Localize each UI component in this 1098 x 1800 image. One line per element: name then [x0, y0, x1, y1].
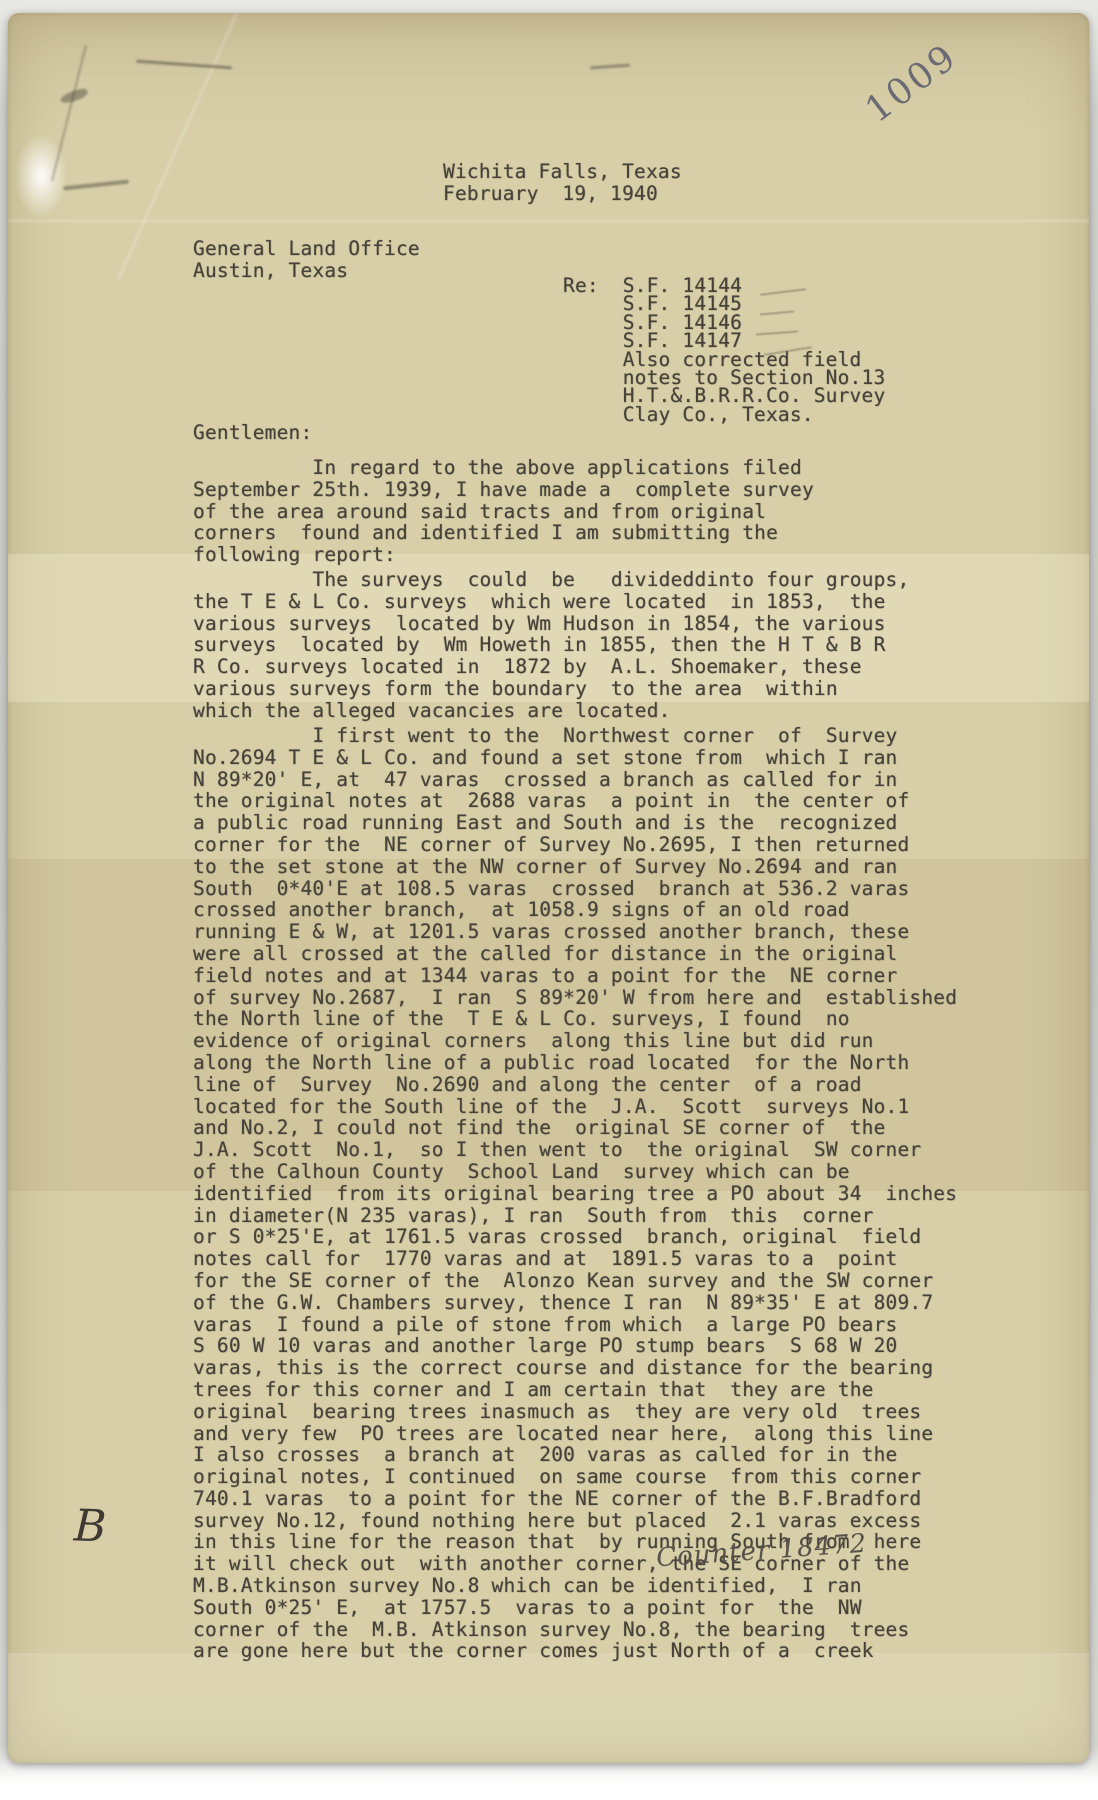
- letter-re-subject-block: Re: S.F. 14144 S.F. 14145 S.F. 14146 S.F…: [563, 277, 885, 424]
- letter-paragraph-3: I first went to the Northwest corner of …: [193, 725, 957, 1662]
- letter-paragraph-1: In regard to the above applications file…: [193, 457, 814, 566]
- letter-place-date: Wichita Falls, Texas February 19, 1940: [443, 161, 682, 205]
- scan-shading-band: [8, 1653, 1089, 1763]
- glare-highlight: [14, 133, 68, 219]
- scanned-letter-photo: { "colors": { "paper": "#d8cfa8", "ink":…: [0, 0, 1098, 1800]
- letter-recipient-address: General Land Office Austin, Texas: [193, 238, 420, 282]
- ink-smudge: [136, 60, 232, 70]
- handwritten-page-number: 1009: [858, 36, 965, 131]
- ink-smudge: [63, 180, 129, 191]
- letter-page: 1009 Wichita Falls, Texas February 19, 1…: [8, 13, 1089, 1763]
- letter-salutation: Gentlemen:: [193, 422, 312, 444]
- paper-crease: [8, 220, 1089, 222]
- ink-smudge: [590, 64, 630, 70]
- ink-smudge: [59, 87, 89, 105]
- letter-paragraph-2: The surveys could be divideddinto four g…: [193, 569, 909, 722]
- handwritten-margin-letter: B: [73, 1500, 107, 1552]
